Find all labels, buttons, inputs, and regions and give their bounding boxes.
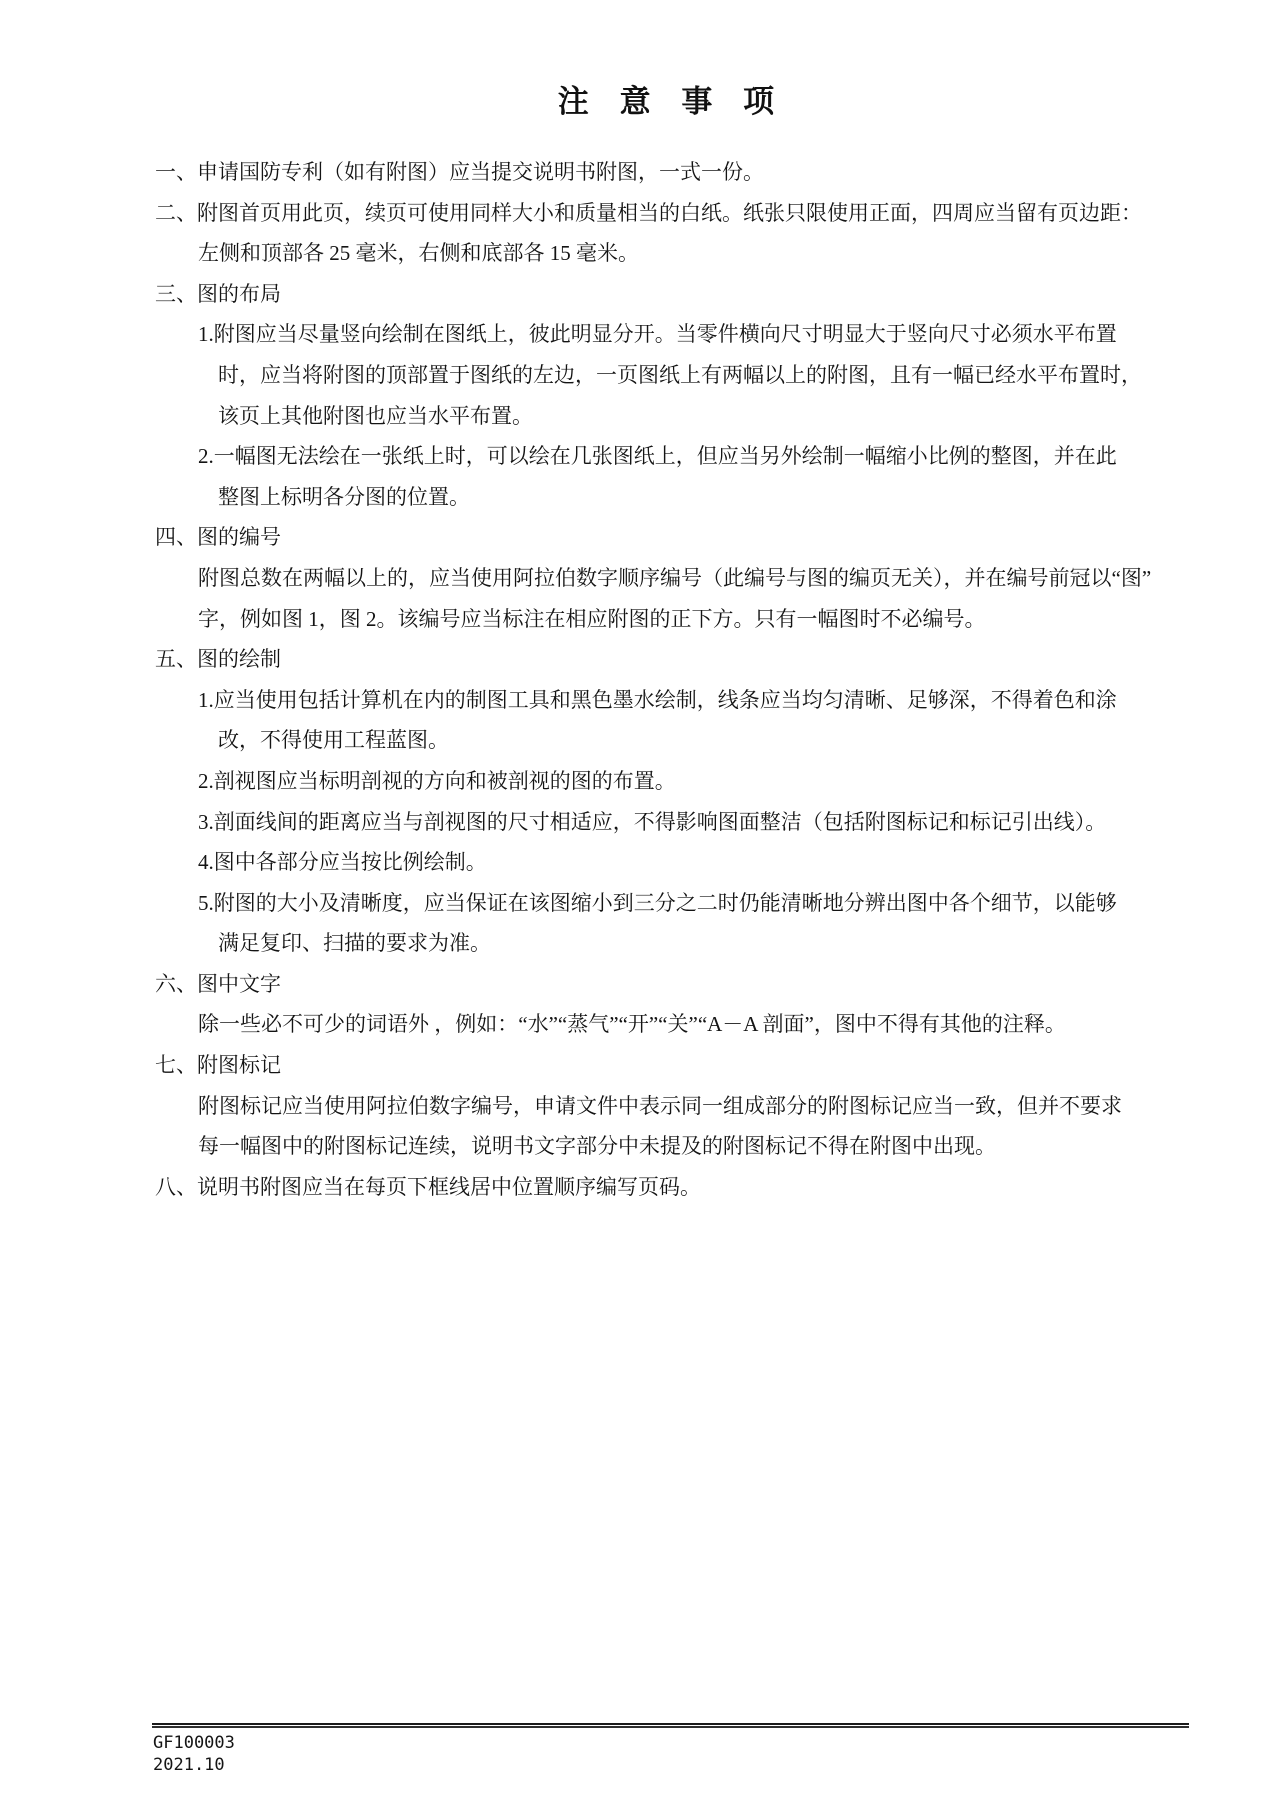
text-line-18: 4.图中各部分应当按比例绘制。 [198,842,1215,883]
text-line-19: 5.附图的大小及清晰度，应当保证在该图缩小到三分之二时仍能清晰地分辨出图中各个细… [198,883,1215,924]
text-line-13: 五、图的绘制 [155,639,1215,680]
text-line-21: 六、图中文字 [155,964,1215,1005]
text-line-6: 时，应当将附图的顶部置于图纸的左边，一页图纸上有两幅以上的附图，且有一幅已经水平… [218,355,1215,396]
text-line-11: 附图总数在两幅以上的，应当使用阿拉伯数字顺序编号（此编号与图的编页无关），并在编… [198,558,1215,599]
text-line-2: 二、附图首页用此页，续页可使用同样大小和质量相当的白纸。纸张只限使用正面，四周应… [155,193,1215,234]
form-revision-date: 2021.10 [153,1755,225,1776]
text-line-15: 改，不得使用工程蓝图。 [218,720,1215,761]
page-title: 注 意 事 项 [155,84,1187,120]
text-line-20: 满足复印、扫描的要求为准。 [218,923,1215,964]
text-line-9: 整图上标明各分图的位置。 [218,477,1215,518]
text-line-17: 3.剖面线间的距离应当与剖视图的尺寸相适应，不得影响图面整洁（包括附图标记和标记… [198,802,1215,843]
text-line-16: 2.剖视图应当标明剖视的方向和被剖视的图的布置。 [198,761,1215,802]
text-line-25: 每一幅图中的附图标记连续，说明书文字部分中未提及的附图标记不得在附图中出现。 [198,1126,1215,1167]
text-line-14: 1.应当使用包括计算机在内的制图工具和黑色墨水绘制，线条应当均匀清晰、足够深，不… [198,680,1215,721]
text-line-24: 附图标记应当使用阿拉伯数字编号，申请文件中表示同一组成部分的附图标记应当一致，但… [198,1086,1215,1127]
text-line-4: 三、图的布局 [155,274,1215,315]
footer-divider-line [152,1723,1189,1728]
text-line-22: 除一些必不可少的词语外 ，例如：“水”“蒸气”“开”“关”“A－A 剖面”，图中… [198,1004,1215,1045]
document-page: 注 意 事 项 一、申请国防专利（如有附图）应当提交说明书附图，一式一份。二、附… [0,0,1280,1810]
text-line-3: 左侧和顶部各 25 毫米，右侧和底部各 15 毫米。 [198,233,1215,274]
form-code: GF100003 [153,1733,235,1754]
text-line-12: 字，例如图 1，图 2。该编号应当标注在相应附图的正下方。只有一幅图时不必编号。 [198,599,1215,640]
text-line-5: 1.附图应当尽量竖向绘制在图纸上，彼此明显分开。当零件横向尺寸明显大于竖向尺寸必… [198,314,1215,355]
text-line-10: 四、图的编号 [155,517,1215,558]
text-line-1: 一、申请国防专利（如有附图）应当提交说明书附图，一式一份。 [155,152,1215,193]
text-line-8: 2.一幅图无法绘在一张纸上时，可以绘在几张图纸上，但应当另外绘制一幅缩小比例的整… [198,436,1215,477]
text-line-23: 七、附图标记 [155,1045,1215,1086]
text-line-26: 八、说明书附图应当在每页下框线居中位置顺序编写页码。 [155,1167,1215,1208]
text-line-7: 该页上其他附图也应当水平布置。 [218,396,1215,437]
document-body: 一、申请国防专利（如有附图）应当提交说明书附图，一式一份。二、附图首页用此页，续… [155,152,1215,1207]
